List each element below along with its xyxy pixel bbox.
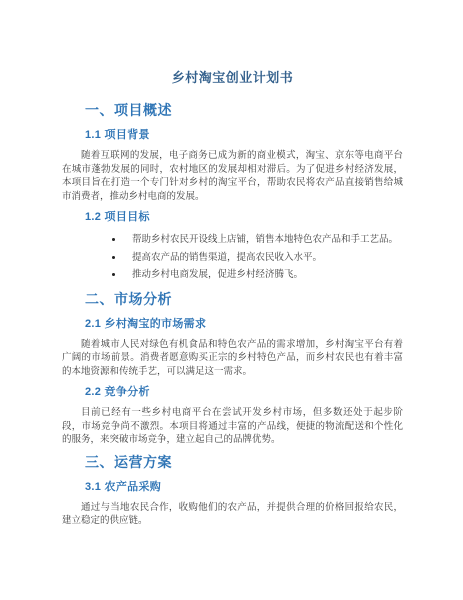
document-page: 乡村淘宝创业计划书 一、项目概述 1.1 项目背景 随着互联网的发展，电子商务已… [0,0,463,600]
paragraph-produce-procurement: 通过与当地农民合作，收购他们的农产品，并提供合理的价格回报给农民，建立稳定的供应… [62,501,403,528]
subsection-heading-project-background: 1.1 项目背景 [85,128,403,142]
list-item: 推动乡村电商发展，促进乡村经济腾飞。 [124,266,403,284]
paragraph-competition-analysis: 目前已经有一些乡村电商平台在尝试开发乡村市场，但多数还处于起步阶段，市场竞争尚不… [62,406,403,447]
list-item: 提高农产品的销售渠道，提高农民收入水平。 [124,249,403,267]
document-title: 乡村淘宝创业计划书 [62,67,403,86]
subsection-market-demand: 2.1 乡村淘宝的市场需求 随着城市人民对绿色有机食品和特色农产品的需求增加，乡… [62,317,403,379]
list-item: 帮助乡村农民开设线上店铺，销售本地特色农产品和手工艺品。 [124,231,403,249]
subsection-produce-procurement: 3.1 农产品采购 通过与当地农民合作，收购他们的农产品，并提供合理的价格回报给… [62,480,403,528]
section-project-overview: 一、项目概述 1.1 项目背景 随着互联网的发展，电子商务已成为新的商业模式，淘… [62,102,403,284]
section-heading-project-overview: 一、项目概述 [85,102,403,119]
paragraph-market-demand: 随着城市人民对绿色有机食品和特色农产品的需求增加，乡村淘宝平台有着广阔的市场前景… [62,338,403,379]
subsection-competition-analysis: 2.2 竞争分析 目前已经有一些乡村电商平台在尝试开发乡村市场，但多数还处于起步… [62,385,403,447]
subsection-heading-market-demand: 2.1 乡村淘宝的市场需求 [85,317,403,331]
subsection-heading-competition-analysis: 2.2 竞争分析 [85,385,403,399]
subsection-heading-produce-procurement: 3.1 农产品采购 [85,480,403,494]
section-heading-operation-plan: 三、运营方案 [85,454,403,471]
section-operation-plan: 三、运营方案 3.1 农产品采购 通过与当地农民合作，收购他们的农产品，并提供合… [62,454,403,528]
section-market-analysis: 二、市场分析 2.1 乡村淘宝的市场需求 随着城市人民对绿色有机食品和特色农产品… [62,291,403,447]
paragraph-project-background: 随着互联网的发展，电子商务已成为新的商业模式，淘宝、京东等电商平台在城市蓬勃发展… [62,149,403,203]
subsection-project-background: 1.1 项目背景 随着互联网的发展，电子商务已成为新的商业模式，淘宝、京东等电商… [62,128,403,203]
project-goals-list: 帮助乡村农民开设线上店铺，销售本地特色农产品和手工艺品。 提高农产品的销售渠道，… [62,231,403,284]
subsection-heading-project-goals: 1.2 项目目标 [85,210,403,224]
subsection-project-goals: 1.2 项目目标 帮助乡村农民开设线上店铺，销售本地特色农产品和手工艺品。 提高… [62,210,403,284]
section-heading-market-analysis: 二、市场分析 [85,291,403,308]
